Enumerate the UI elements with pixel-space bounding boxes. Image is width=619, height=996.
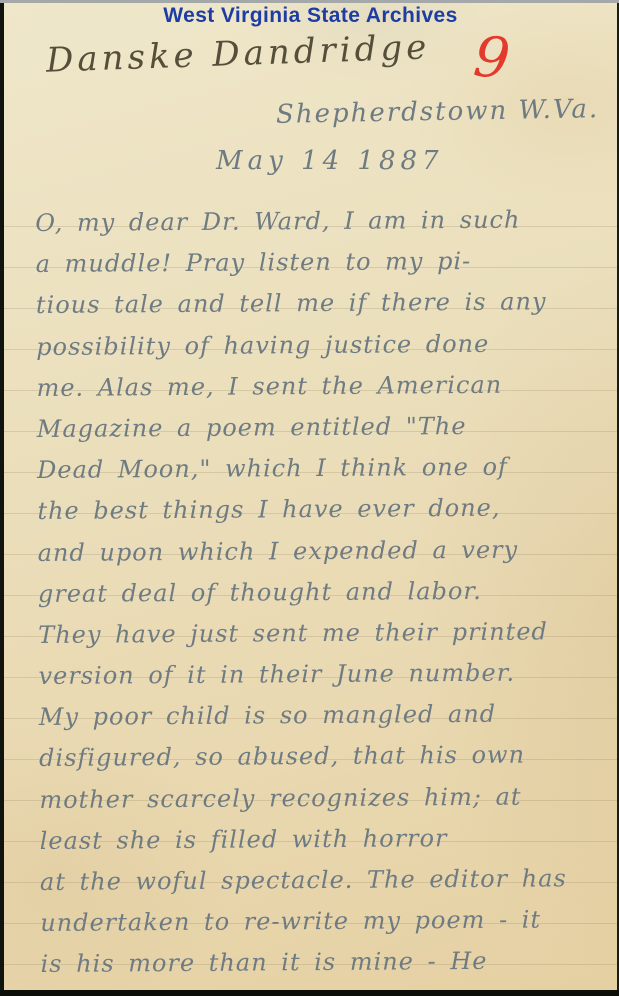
letter-line: is his more than it is mine - He: [40, 946, 612, 991]
letter-date-line: May 14 1887: [216, 146, 444, 176]
scan-edge-bottom: [0, 990, 619, 996]
letter-line: disfigured, so abused, that his own: [39, 740, 611, 785]
letter-line: least she is filled with horror: [40, 823, 612, 868]
letter-line: mother scarcely recognizes him; at: [39, 782, 611, 827]
letter-line: great deal of thought and labor.: [38, 576, 610, 621]
letter-line: and upon which I expended a very: [38, 535, 610, 580]
letter-line: possibility of having justice done: [36, 329, 608, 374]
scan-edge-top: [0, 0, 619, 3]
letter-line: at the woful spectacle. The editor has: [40, 864, 612, 909]
letter-line: tious tale and tell me if there is any: [36, 287, 608, 332]
letter-line: My poor child is so mangled and: [39, 699, 611, 744]
letter-place-line: Shepherdstown W.Va.: [276, 94, 600, 130]
letter-line: me. Alas me, I sent the American: [36, 370, 608, 415]
letter-body: O, my dear Dr. Ward, I am in such a mudd…: [35, 205, 612, 992]
page-number-annotation: 9: [471, 24, 513, 92]
letter-paper: West Virginia State Archives Danske Dand…: [4, 0, 617, 990]
scanned-letter-page: West Virginia State Archives Danske Dand…: [0, 0, 619, 996]
letter-line: Magazine a poem entitled "The: [37, 411, 609, 456]
letter-line: version of it in their June number.: [38, 658, 610, 703]
letter-line: They have just sent me their printed: [38, 617, 610, 662]
letter-line: O, my dear Dr. Ward, I am in such: [35, 205, 607, 250]
letter-line: Dead Moon," which I think one of: [37, 452, 609, 497]
letter-line: a muddle! Pray listen to my pi-: [36, 246, 608, 291]
archive-watermark: West Virginia State Archives: [4, 4, 617, 28]
scan-edge-left: [0, 0, 4, 996]
letter-line: undertaken to re-write my poem - it: [40, 905, 612, 950]
letter-line: the best things I have ever done,: [37, 493, 609, 538]
